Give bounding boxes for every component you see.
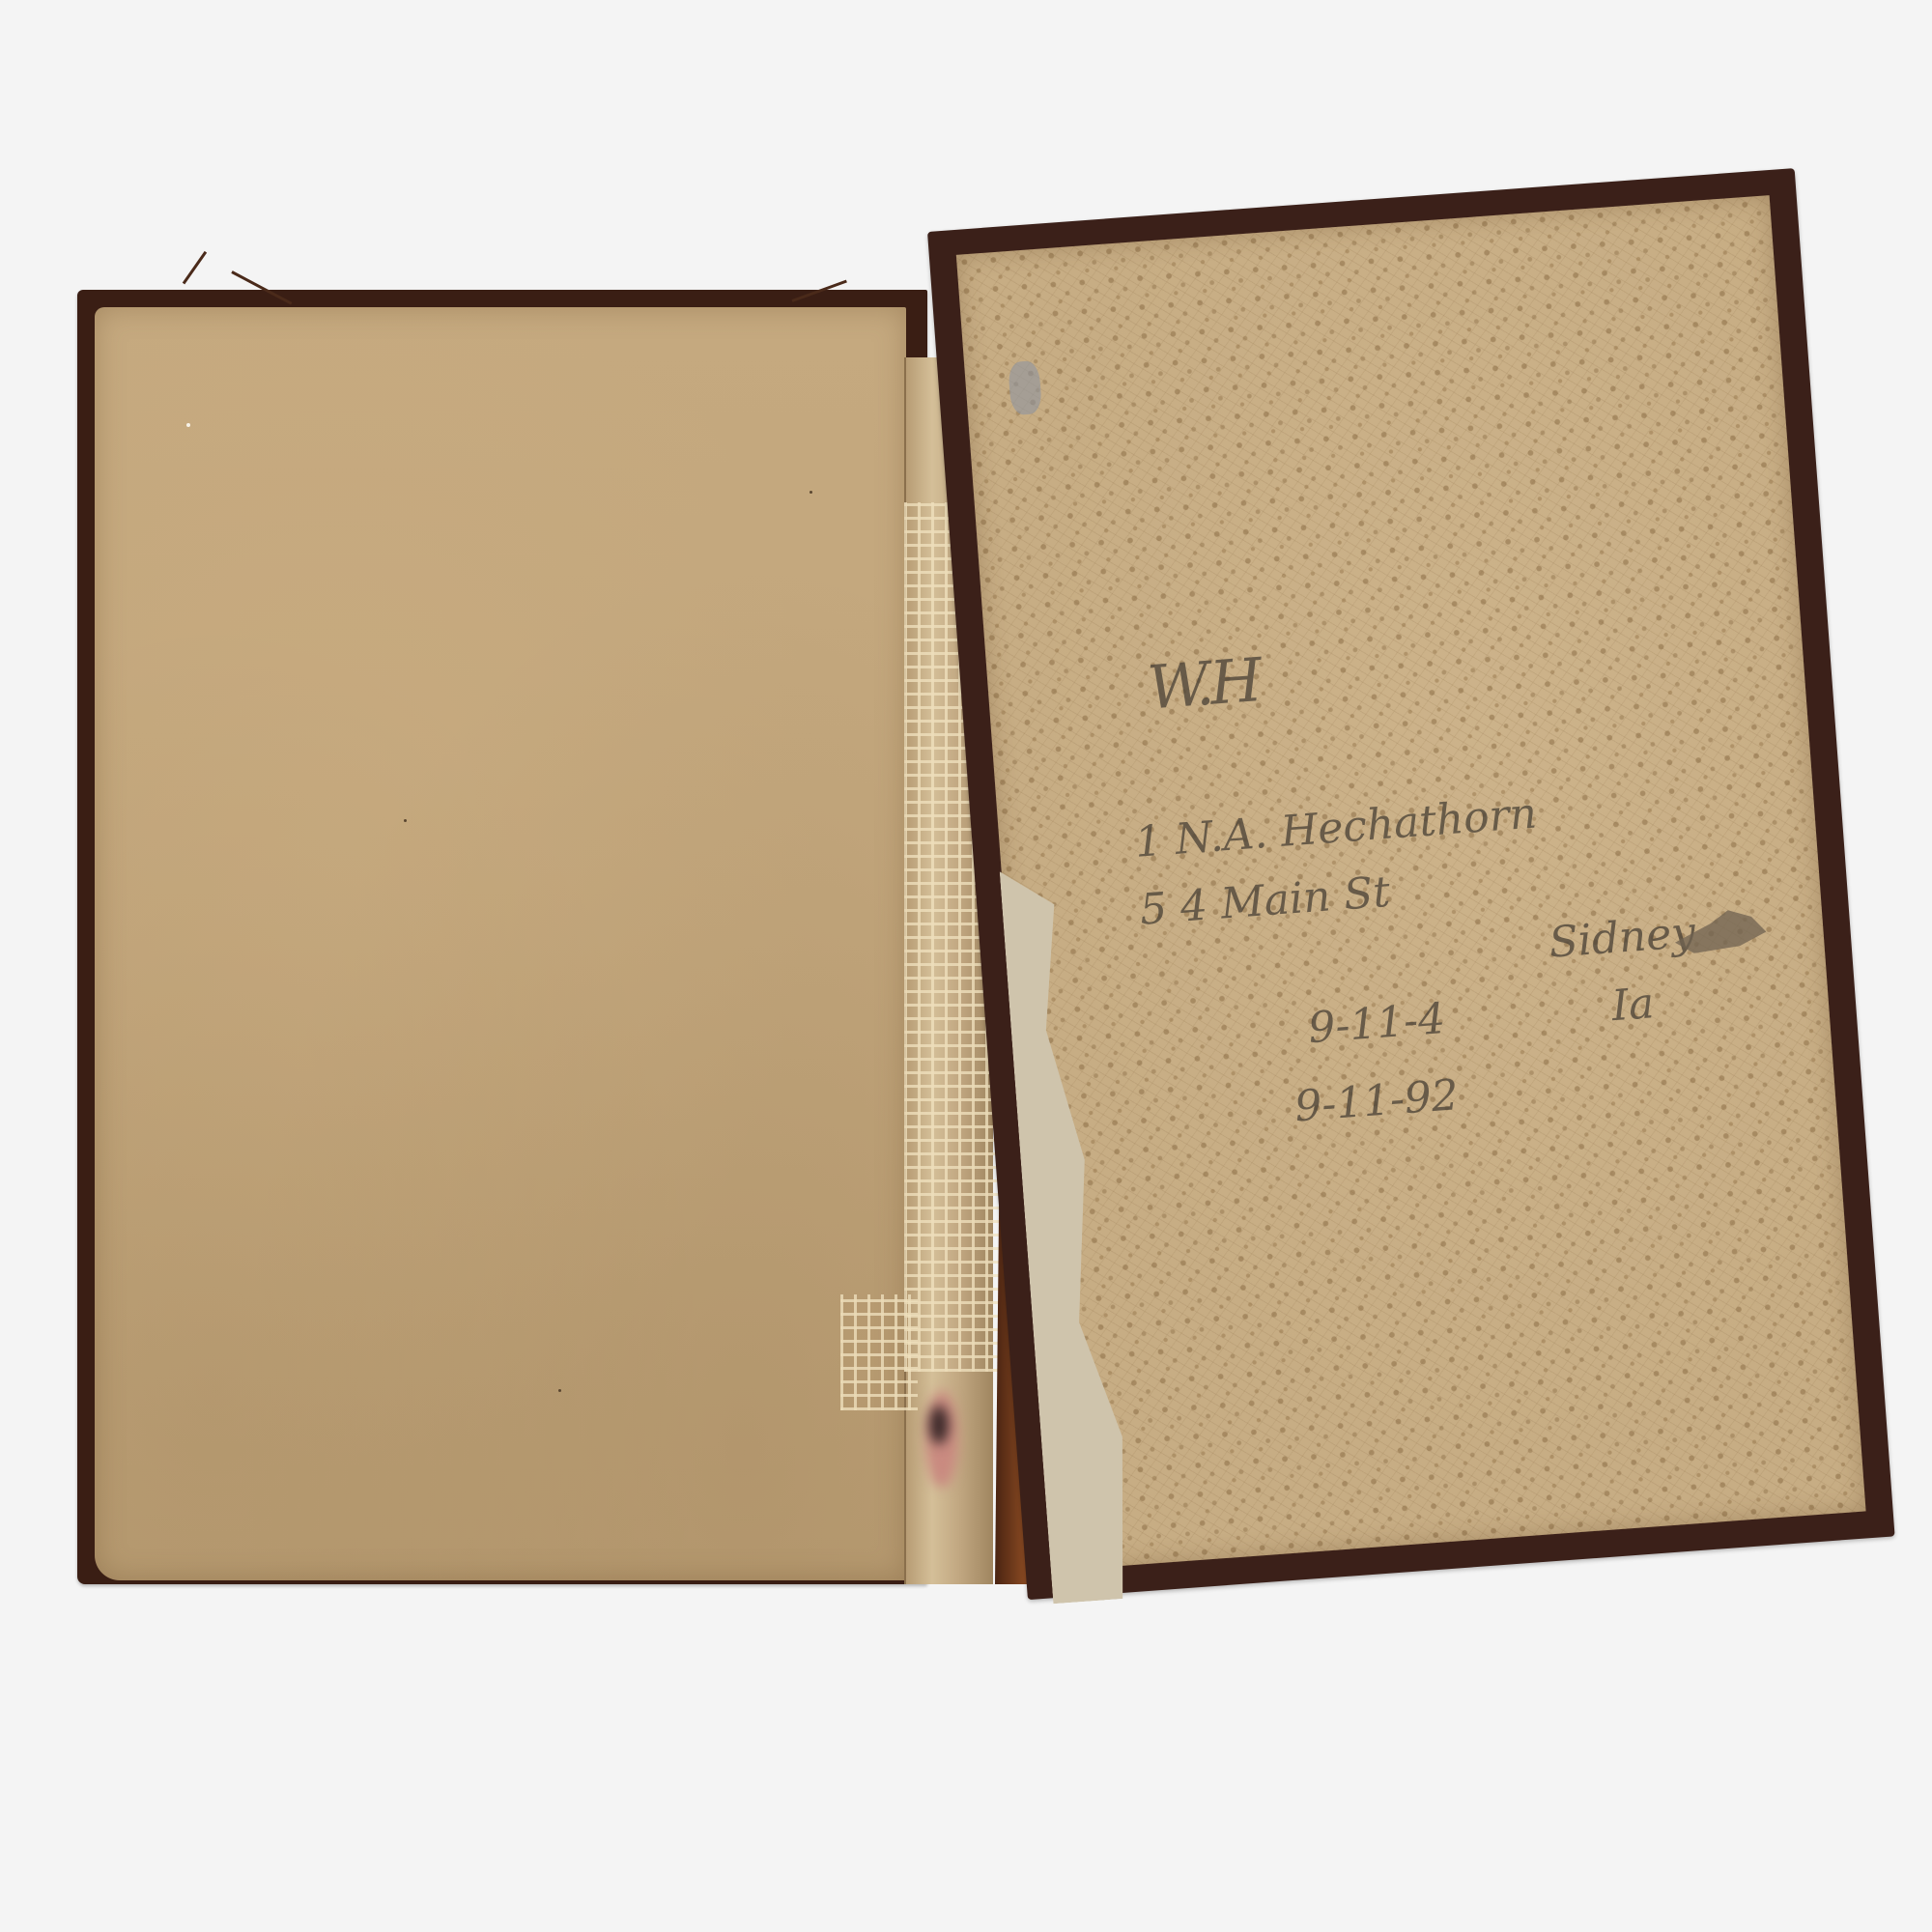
inscription-date-1: 9-11-4 [1307,994,1447,1053]
floral-pastedown: W.H 1 N.A. Hechathorn 5 4 Main St Sidney… [956,195,1866,1571]
dark-stain [929,1406,949,1444]
book-photo: W.H 1 N.A. Hechathorn 5 4 Main St Sidney… [0,0,1932,1932]
inscription-street: 5 4 Main St [1138,867,1392,935]
paper-dot [810,491,812,494]
inscription-town: Sidney [1548,908,1697,968]
inscription-state: Ia [1610,979,1656,1031]
left-endpaper [95,307,906,1580]
paper-dot [558,1389,561,1392]
right-cover-board: W.H 1 N.A. Hechathorn 5 4 Main St Sidney… [927,168,1895,1600]
inscription-monogram: W.H [1146,644,1262,723]
inscription-name: 1 N.A. Hechathorn [1133,788,1539,867]
paper-speck [186,423,190,427]
gauze-mesh-flap [840,1294,918,1410]
ink-mark [1008,360,1042,415]
frayed-thread [183,251,207,284]
torn-pastedown-edge [1000,864,1169,1605]
inscription-date-2: 9-11-92 [1293,1070,1461,1131]
paper-dot [404,819,407,822]
